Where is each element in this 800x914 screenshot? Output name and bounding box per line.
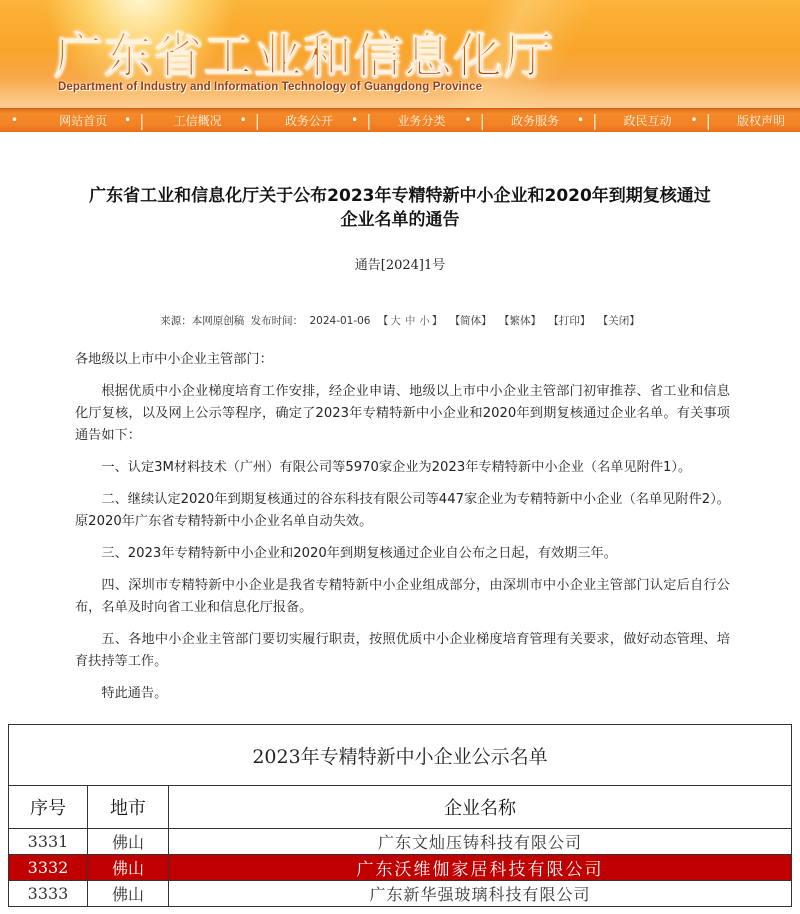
main-nav: • 网站首页 • | 工信概况 • | 政务公开 • | 业务分类 • | 政务… (0, 108, 800, 132)
nav-item-label[interactable]: 网站首页 (59, 112, 107, 129)
nav-divider: | (255, 111, 260, 130)
nav-item-gov-affairs-public[interactable]: 政务公开 (285, 108, 333, 132)
nav-divider: | (480, 111, 485, 130)
close-link[interactable]: 【关闭】 (598, 315, 640, 327)
nav-item-overview[interactable]: 工信概况 (174, 108, 222, 132)
nav-bullet-icon: • (465, 113, 472, 127)
column-header-city: 地市 (88, 786, 169, 829)
print-link[interactable]: 【打印】 (548, 315, 590, 327)
paragraph-item-3: 三、2023年专精特新中小企业和2020年到期复核通过企业自公布之日起，有效期三… (75, 543, 730, 565)
nav-divider: | (592, 111, 597, 130)
nav-item-home[interactable]: 网站首页 (59, 108, 107, 132)
document-number: 通告[2024]1号 (0, 254, 800, 273)
nav-item-label[interactable]: 政务服务 (511, 112, 559, 129)
article-title-line2: 企业名单的通告 (341, 210, 460, 230)
font-size-medium-link[interactable]: 中 (405, 315, 416, 327)
table-header-row: 序号 地市 企业名称 (9, 786, 792, 829)
table-caption: 2023年专精特新中小企业公示名单 (9, 725, 792, 786)
closing-statement: 特此通告。 (75, 683, 730, 705)
cell-city: 佛山 (88, 829, 169, 855)
nav-item-label[interactable]: 业务分类 (398, 112, 446, 129)
article-title-line1: 广东省工业和信息化厅关于公布2023年专精特新中小企业和2020年到期复核通过 (89, 186, 711, 206)
nav-item-copyright[interactable]: 版权声明 (737, 108, 785, 132)
nav-bullet-icon: • (577, 113, 584, 127)
nav-bullet-icon: • (351, 113, 358, 127)
bracket-close: 】 (432, 315, 443, 327)
column-header-number: 序号 (9, 786, 88, 829)
paragraph-item-5: 五、各地中小企业主管部门要切实履行职责，按照优质中小企业梯度培育管理有关要求，做… (75, 629, 730, 673)
cell-city: 佛山 (88, 881, 169, 907)
article-title: 广东省工业和信息化厅关于公布2023年专精特新中小企业和2020年到期复核通过 … (40, 184, 760, 232)
nav-divider: | (139, 111, 144, 130)
font-size-large-link[interactable]: 大 (390, 315, 401, 327)
nav-bullet-icon: • (124, 113, 131, 127)
nav-bullet-icon: • (11, 113, 18, 127)
salutation: 各地级以上市中小企业主管部门： (75, 349, 730, 371)
cell-number: 3333 (9, 881, 88, 907)
table-row: 3333 佛山 广东新华强玻璃科技有限公司 (9, 881, 792, 907)
source-label: 来源： (160, 315, 192, 327)
nav-bullet-icon: • (691, 113, 698, 127)
column-header-company: 企业名称 (169, 786, 792, 829)
bracket-open: 【 (378, 315, 389, 327)
site-banner: 广东省工业和信息化厅 Department of Industry and In… (0, 0, 800, 108)
cell-number: 3332 (9, 855, 88, 881)
nav-item-business-categories[interactable]: 业务分类 (398, 108, 446, 132)
site-logo-english: Department of Industry and Information T… (58, 81, 482, 93)
enterprise-list-table: 2023年专精特新中小企业公示名单 序号 地市 企业名称 3331 佛山 广东文… (8, 724, 792, 907)
paragraph-item-4: 四、深圳市专精特新中小企业是我省专精特新中小企业组成部分，由深圳市中小企业主管部… (75, 575, 730, 619)
cell-number: 3331 (9, 829, 88, 855)
nav-item-label[interactable]: 版权声明 (737, 112, 785, 129)
nav-item-label[interactable]: 政民互动 (624, 112, 672, 129)
paragraph-intro: 根据优质中小企业梯度培育工作安排，经企业申请、地级以上市中小企业主管部门初审推荐… (75, 381, 730, 447)
nav-item-label[interactable]: 工信概况 (174, 112, 222, 129)
paragraph-item-1: 一、认定3M材料技术（广州）有限公司等5970家企业为2023年专精特新中小企业… (75, 457, 730, 479)
paragraph-item-2: 二、继续认定2020年到期复核通过的谷东科技有限公司等447家企业为专精特新中小… (75, 489, 730, 533)
published-date: 2024-01-06 (309, 315, 370, 327)
cell-company: 广东沃维伽家居科技有限公司 (169, 855, 792, 881)
table-row: 3331 佛山 广东文灿压铸科技有限公司 (9, 829, 792, 855)
font-size-small-link[interactable]: 小 (419, 315, 430, 327)
traditional-chinese-link[interactable]: 【繁体】 (499, 315, 541, 327)
cell-city: 佛山 (88, 855, 169, 881)
nav-divider: | (366, 111, 371, 130)
published-label: 发布时间： (251, 315, 304, 327)
simplified-chinese-link[interactable]: 【简体】 (450, 315, 492, 327)
site-logo-chinese[interactable]: 广东省工业和信息化厅 (54, 28, 554, 84)
nav-bullet-icon: • (240, 113, 247, 127)
cell-company: 广东新华强玻璃科技有限公司 (169, 881, 792, 907)
nav-divider: | (706, 111, 711, 130)
cell-company: 广东文灿压铸科技有限公司 (169, 829, 792, 855)
table-row-highlighted: 3332 佛山 广东沃维伽家居科技有限公司 (9, 855, 792, 881)
source-value: 本网原创稿 (192, 315, 245, 327)
font-size-control: 【大中小】 (378, 315, 446, 327)
nav-item-public-interaction[interactable]: 政民互动 (624, 108, 672, 132)
nav-item-gov-services[interactable]: 政务服务 (511, 108, 559, 132)
article-meta: 来源：本网原创稿 发布时间： 2024-01-06 【大中小】 【简体】 【繁体… (0, 313, 800, 328)
article-body: 各地级以上市中小企业主管部门： 根据优质中小企业梯度培育工作安排，经企业申请、地… (75, 349, 730, 715)
nav-item-label[interactable]: 政务公开 (285, 112, 333, 129)
